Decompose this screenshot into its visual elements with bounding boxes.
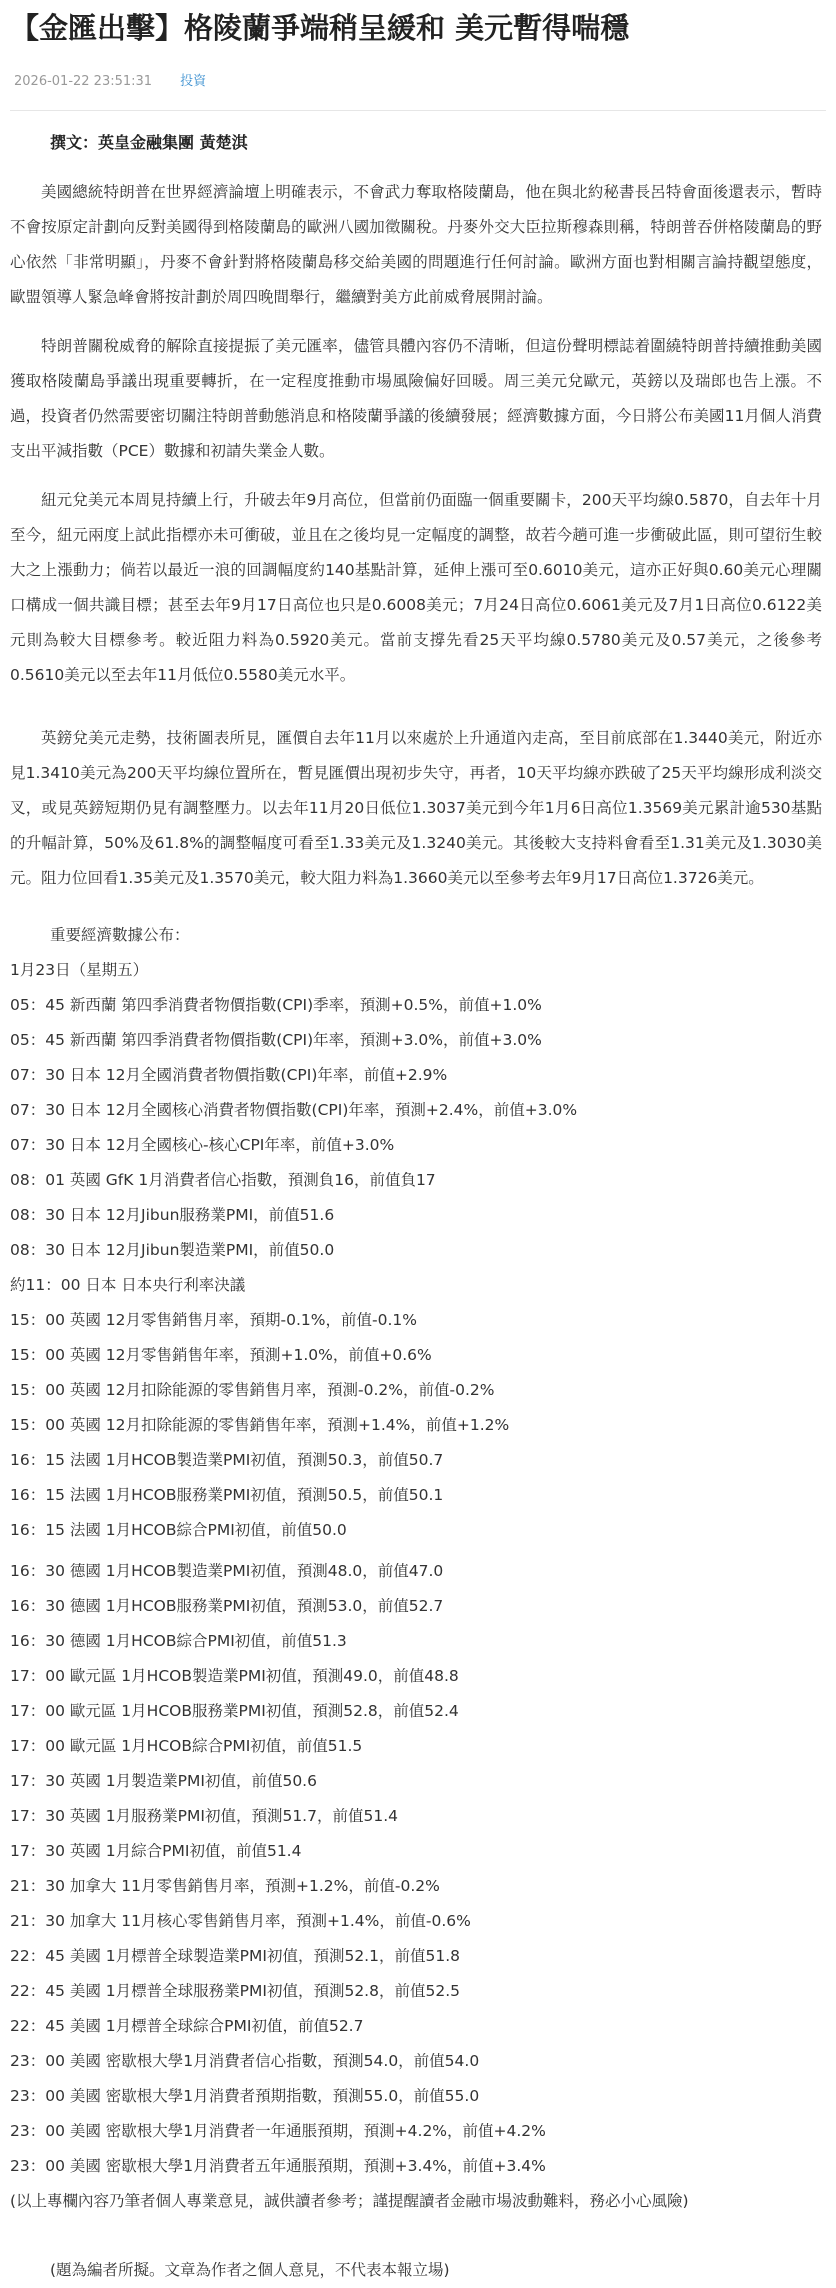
calendar-item: 08：01 英國 GfK 1月消費者信心指數，預測負16，前值負17	[10, 1163, 826, 1198]
calendar-item: 23：00 美國 密歇根大學1月消費者信心指數，預測54.0，前值54.0	[10, 2044, 826, 2079]
calendar-item: 23：00 美國 密歇根大學1月消費者五年通脹預期，預測+3.4%，前值+3.4…	[10, 2149, 826, 2184]
calendar-item: 22：45 美國 1月標普全球服務業PMI初值，預測52.8，前值52.5	[10, 1974, 826, 2009]
calendar-item: 16：30 德國 1月HCOB服務業PMI初值，預測53.0，前值52.7	[10, 1589, 826, 1624]
calendar-item: 23：00 美國 密歇根大學1月消費者一年通脹預期，預測+4.2%，前值+4.2…	[10, 2114, 826, 2149]
calendar-item: 05：45 新西蘭 第四季消費者物價指數(CPI)年率，預測+3.0%，前值+3…	[10, 1023, 826, 1058]
author-byline: 撰文：英皇金融集團 黃楚淇	[50, 131, 826, 155]
calendar-item: 16：30 德國 1月HCOB製造業PMI初值，預測48.0，前值47.0	[10, 1554, 826, 1589]
calendar-item: 17：00 歐元區 1月HCOB製造業PMI初值，預測49.0，前值48.8	[10, 1659, 826, 1694]
calendar-item: 17：30 英國 1月綜合PMI初值，前值51.4	[10, 1834, 826, 1869]
calendar-item: 15：00 英國 12月零售銷售年率，預測+1.0%，前值+0.6%	[10, 1338, 826, 1373]
calendar-item: 22：45 美國 1月標普全球綜合PMI初值，前值52.7	[10, 2009, 826, 2044]
calendar-item: 16：15 法國 1月HCOB綜合PMI初值，前值50.0	[10, 1513, 826, 1548]
editor-note: (題為編者所擬。文章為作者之個人意見，不代表本報立場)	[10, 2253, 826, 2288]
calendar-item: 15：00 英國 12月扣除能源的零售銷售月率，預測-0.2%，前值-0.2%	[10, 1373, 826, 1408]
calendar-item: 16：15 法國 1月HCOB服務業PMI初值，預測50.5，前值50.1	[10, 1478, 826, 1513]
calendar-item: 17：00 歐元區 1月HCOB服務業PMI初值，預測52.8，前值52.4	[10, 1694, 826, 1729]
paragraph-usd: 特朗普關稅威脅的解除直接提振了美元匯率，儘管具體內容仍不清晰，但這份聲明標誌着圍…	[10, 329, 822, 469]
calendar-item: 07：30 日本 12月全國核心消費者物價指數(CPI)年率，預測+2.4%，前…	[10, 1093, 826, 1128]
publish-datetime: 2026-01-22 23:51:31	[14, 72, 152, 92]
calendar-item: 22：45 美國 1月標普全球製造業PMI初值，預測52.1，前值51.8	[10, 1939, 826, 1974]
calendar-item: 17：30 英國 1月製造業PMI初值，前值50.6	[10, 1764, 826, 1799]
calendar-item: 17：00 歐元區 1月HCOB綜合PMI初值，前值51.5	[10, 1729, 826, 1764]
calendar-item: 05：45 新西蘭 第四季消費者物價指數(CPI)季率，預測+0.5%，前值+1…	[10, 988, 826, 1023]
article-title: 【金匯出擊】格陵蘭爭端稍呈緩和 美元暫得喘穩	[10, 0, 826, 46]
calendar-item: 16：15 法國 1月HCOB製造業PMI初值，預測50.3，前值50.7	[10, 1443, 826, 1478]
paragraph-greenland: 美國總統特朗普在世界經濟論壇上明確表示，不會武力奪取格陵蘭島，他在與北約秘書長呂…	[10, 175, 822, 315]
paragraph-gbp: 英鎊兌美元走勢，技術圖表所見，匯價自去年11月以來處於上升通道內走高，至目前底部…	[10, 721, 822, 896]
header-divider	[10, 110, 826, 111]
schedule-date: 1月23日（星期五）	[10, 953, 826, 988]
category-link[interactable]: 投資	[180, 72, 206, 92]
calendar-item: 07：30 日本 12月全國核心-核心CPI年率，前值+3.0%	[10, 1128, 826, 1163]
article-meta: 2026-01-22 23:51:31 投資	[10, 72, 826, 92]
calendar-item: 08：30 日本 12月Jibun服務業PMI，前值51.6	[10, 1198, 826, 1233]
economic-calendar-list: 05：45 新西蘭 第四季消費者物價指數(CPI)季率，預測+0.5%，前值+1…	[10, 988, 826, 2184]
calendar-item: 08：30 日本 12月Jibun製造業PMI，前值50.0	[10, 1233, 826, 1268]
calendar-item: 17：30 英國 1月服務業PMI初值，預測51.7，前值51.4	[10, 1799, 826, 1834]
calendar-item: 23：00 美國 密歇根大學1月消費者預期指數，預測55.0，前值55.0	[10, 2079, 826, 2114]
calendar-item: 15：00 英國 12月零售銷售月率，預期-0.1%，前值-0.1%	[10, 1303, 826, 1338]
calendar-item: 07：30 日本 12月全國消費者物價指數(CPI)年率，前值+2.9%	[10, 1058, 826, 1093]
paragraph-nzd: 紐元兌美元本周見持續上行，升破去年9月高位，但當前仍面臨一個重要關卡，200天平…	[10, 483, 822, 693]
schedule-heading: 重要經濟數據公布：	[10, 918, 826, 953]
article: 【金匯出擊】格陵蘭爭端稍呈緩和 美元暫得喘穩 2026-01-22 23:51:…	[0, 0, 836, 2288]
calendar-item: 21：30 加拿大 11月核心零售銷售月率，預測+1.4%，前值-0.6%	[10, 1904, 826, 1939]
column-disclaimer: (以上專欄內容乃筆者個人專業意見，誠供讀者參考；謹提醒讀者金融市場波動難料，務必…	[10, 2184, 826, 2219]
calendar-item: 15：00 英國 12月扣除能源的零售銷售年率，預測+1.4%，前值+1.2%	[10, 1408, 826, 1443]
calendar-item: 約11：00 日本 日本央行利率決議	[10, 1268, 826, 1303]
calendar-item: 16：30 德國 1月HCOB綜合PMI初值，前值51.3	[10, 1624, 826, 1659]
calendar-item: 21：30 加拿大 11月零售銷售月率，預測+1.2%，前值-0.2%	[10, 1869, 826, 1904]
